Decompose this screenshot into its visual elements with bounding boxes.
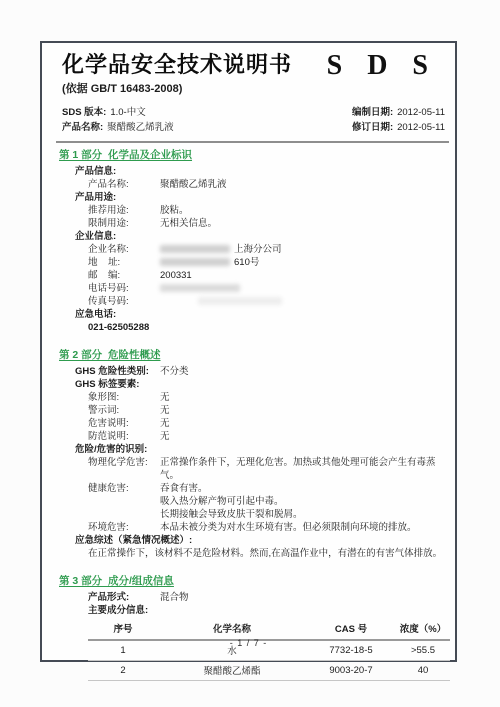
field-row: 地 址:610号 (42, 256, 455, 269)
field-row: 应急电话: (42, 308, 455, 321)
field-label: 象形图: (88, 391, 119, 404)
field-label: 地 址: (88, 256, 120, 269)
field-row: 主要成分信息: (42, 604, 455, 617)
table-header-cell: CAS 号 (306, 619, 396, 640)
section: 第 1 部分 化学品及企业标识产品信息:产品名称:聚醋酸乙烯乳液产品用途:推荐用… (42, 148, 455, 334)
revised-date-label: 修订日期: (352, 120, 393, 135)
meta-row-1: SDS 版本: 1.0-中文 编制日期: 2012-05-11 (62, 105, 445, 120)
field-row: 021-62505288 (42, 321, 455, 334)
field-value: 无相关信息。 (160, 217, 443, 230)
product-name-value: 聚醋酸乙烯乳液 (107, 120, 174, 135)
field-label: 危害说明: (88, 417, 129, 430)
table-header-row: 序号化学名称CAS 号浓度（%） (88, 619, 450, 640)
field-label: GHS 危险性类别: (75, 365, 149, 378)
ingredients-table: 序号化学名称CAS 号浓度（%）1水7732-18-5>55.52聚醋酸乙烯酯9… (88, 619, 450, 681)
table-header-cell: 化学名称 (158, 619, 306, 640)
table-cell: 9003-20-7 (306, 661, 396, 681)
field-row: 产品形式:混合物 (42, 591, 455, 604)
field-value: 无 (160, 391, 443, 404)
field-row: 企业名称:上海分公司 (42, 243, 455, 256)
table-row: 2聚醋酸乙烯酯9003-20-740 (88, 661, 450, 681)
field-row: GHS 危险性类别:不分类 (42, 365, 455, 378)
field-row: 限制用途:无相关信息。 (42, 217, 455, 230)
field-row: 象形图:无 (42, 391, 455, 404)
redacted-text (160, 258, 230, 266)
field-label: 应急综述（紧急情况概述）: (75, 534, 192, 547)
page-number: - 1 / 7 - (42, 638, 455, 648)
meta-row-2: 产品名称: 聚醋酸乙烯乳液 修订日期: 2012-05-11 (62, 120, 445, 135)
field-label: 防范说明: (88, 430, 129, 443)
field-value: 200331 (160, 269, 443, 282)
field-value-line: 吞食有害。 (160, 482, 443, 495)
field-value: 上海分公司 (160, 243, 443, 256)
field-row: 危害说明:无 (42, 417, 455, 430)
field-label: 邮 编: (88, 269, 120, 282)
sds-version-value: 1.0-中文 (110, 105, 145, 120)
field-value (160, 295, 443, 308)
table-header-cell: 浓度（%） (396, 619, 450, 640)
field-value (160, 282, 443, 295)
field-row: 企业信息: (42, 230, 455, 243)
field-row: 推荐用途:胶粘。 (42, 204, 455, 217)
field-value: 正常操作条件下，无理化危害。加热或其他处理可能会产生有毒蒸气。 (160, 456, 443, 482)
table-cell: 2 (88, 661, 158, 681)
field-label: 警示词: (88, 404, 119, 417)
field-row: 警示词:无 (42, 404, 455, 417)
field-value-line: 吸入热分解产物可引起中毒。 (160, 495, 443, 508)
field-value: 聚醋酸乙烯乳液 (160, 178, 443, 191)
field-label: 产品用途: (75, 191, 116, 204)
field-value: 吞食有害。吸入热分解产物可引起中毒。长期接触会导致皮肤干裂和脱屑。 (160, 482, 443, 521)
field-row: 健康危害:吞食有害。吸入热分解产物可引起中毒。长期接触会导致皮肤干裂和脱屑。 (42, 482, 455, 521)
revised-date-value: 2012-05-11 (397, 120, 445, 135)
field-row: 传真号码: (42, 295, 455, 308)
field-row: 产品名称:聚醋酸乙烯乳液 (42, 178, 455, 191)
field-value: 无 (160, 404, 443, 417)
field-row: 物理化学危害:正常操作条件下，无理化危害。加热或其他处理可能会产生有毒蒸气。 (42, 456, 455, 482)
field-label: 主要成分信息: (88, 604, 148, 617)
created-date-label: 编制日期: (352, 105, 393, 120)
field-value: 无 (160, 417, 443, 430)
section-paragraph: 在正常操作下，该材料不是危险材料。然而,在高温作业中，有潜在的有害气体排放。 (88, 547, 443, 560)
redacted-text (160, 284, 240, 292)
created-date-value: 2012-05-11 (397, 105, 445, 120)
section-heading: 第 1 部分 化学品及企业标识 (59, 148, 455, 162)
field-value: 不分类 (160, 365, 443, 378)
field-value: 本品未被分类为对水生环境有害。但必须限制向环境的排放。 (160, 521, 443, 534)
field-row: 产品用途: (42, 191, 455, 204)
field-label: 021-62505288 (88, 321, 149, 334)
table-cell: 聚醋酸乙烯酯 (158, 661, 306, 681)
field-label: 产品名称: (88, 178, 129, 191)
field-value-line: 长期接触会导致皮肤干裂和脱屑。 (160, 508, 443, 521)
document-header: 化学品安全技术说明书 (依据 GB/T 16483-2008) S D S SD… (42, 43, 455, 135)
field-label: 传真号码: (88, 295, 129, 308)
table-cell: 40 (396, 661, 450, 681)
sds-version-label: SDS 版本: (62, 105, 106, 120)
sds-document-page: 化学品安全技术说明书 (依据 GB/T 16483-2008) S D S SD… (40, 41, 457, 662)
field-row: GHS 标签要素: (42, 378, 455, 391)
table-header-cell: 序号 (88, 619, 158, 640)
document-standard-reference: (依据 GB/T 16483-2008) (62, 82, 445, 96)
section: 第 3 部分 成分/组成信息产品形式:混合物主要成分信息:序号化学名称CAS 号… (42, 574, 455, 681)
field-label: 健康危害: (88, 482, 129, 495)
field-label: 物理化学危害: (88, 456, 148, 469)
field-label: GHS 标签要素: (75, 378, 139, 391)
field-label: 产品信息: (75, 165, 116, 178)
redacted-text (198, 297, 282, 305)
sections: 第 1 部分 化学品及企业标识产品信息:产品名称:聚醋酸乙烯乳液产品用途:推荐用… (42, 143, 455, 681)
document-meta: SDS 版本: 1.0-中文 编制日期: 2012-05-11 产品名称: 聚醋… (62, 105, 445, 135)
field-label: 电话号码: (88, 282, 129, 295)
field-label: 应急电话: (75, 308, 116, 321)
field-label: 产品形式: (88, 591, 129, 604)
field-row: 邮 编:200331 (42, 269, 455, 282)
redacted-text (160, 245, 230, 253)
field-label: 企业信息: (75, 230, 116, 243)
field-value: 610号 (160, 256, 443, 269)
field-row: 环境危害:本品未被分类为对水生环境有害。但必须限制向环境的排放。 (42, 521, 455, 534)
product-name-label: 产品名称: (62, 120, 103, 135)
field-value: 胶粘。 (160, 204, 443, 217)
field-label: 企业名称: (88, 243, 129, 256)
field-row: 电话号码: (42, 282, 455, 295)
section-heading: 第 2 部分 危险性概述 (59, 348, 455, 362)
field-value: 混合物 (160, 591, 443, 604)
field-row: 防范说明:无 (42, 430, 455, 443)
section-heading: 第 3 部分 成分/组成信息 (59, 574, 455, 588)
field-row: 应急综述（紧急情况概述）: (42, 534, 455, 547)
field-label: 推荐用途: (88, 204, 129, 217)
field-value: 无 (160, 430, 443, 443)
field-label: 限制用途: (88, 217, 129, 230)
field-row: 产品信息: (42, 165, 455, 178)
field-label: 环境危害: (88, 521, 129, 534)
section: 第 2 部分 危险性概述GHS 危险性类别:不分类GHS 标签要素:象形图:无警… (42, 348, 455, 560)
sds-logo: S D S (327, 50, 437, 82)
field-label: 危险/危害的识别: (75, 443, 147, 456)
field-row: 危险/危害的识别: (42, 443, 455, 456)
